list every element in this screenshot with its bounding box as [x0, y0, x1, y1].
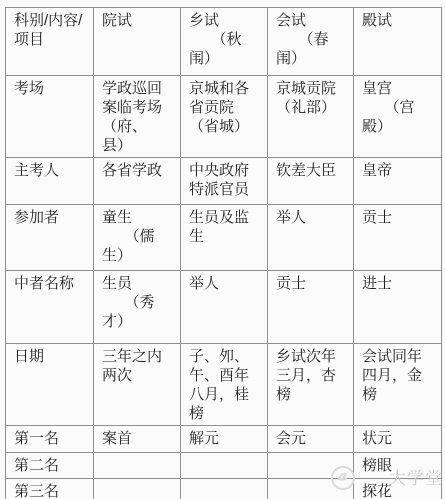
header-cell: 乡试 （秋 闱） [181, 8, 268, 76]
table-row: 主考人各省学政中央政府 特派官员钦差大臣皇帝 [6, 158, 442, 205]
table-cell: 中央政府 特派官员 [181, 158, 268, 205]
row-label: 第一名 [6, 426, 94, 453]
table-cell: 会试同年 四月，金 榜 [354, 344, 442, 426]
table-cell: 学政巡回 案临考场 （府、 县） [94, 76, 181, 158]
table-cell: 生员及监 生 [181, 205, 268, 271]
table-cell: 各省学政 [94, 158, 181, 205]
table-cell [181, 453, 268, 479]
table-cell: 举人 [181, 271, 268, 344]
table-row: 日期三年之内 两次子、夘、 午、酉年 八月，桂 榜乡试次年 三月，杏 榜会试同年… [6, 344, 442, 426]
imperial-exam-table: 科别/内容/ 项目院试乡试 （秋 闱）会试 （春 闱）殿试 考场学政巡回 案临考… [5, 7, 442, 499]
table-row: 第三名探花 [6, 479, 442, 499]
table-cell: 举人 [268, 205, 354, 271]
article-table-page: 科别/内容/ 项目院试乡试 （秋 闱）会试 （春 闱）殿试 考场学政巡回 案临考… [0, 0, 445, 499]
table-cell: 解元 [181, 426, 268, 453]
table-cell [181, 479, 268, 499]
table-cell: 状元 [354, 426, 442, 453]
row-label: 第三名 [6, 479, 94, 499]
row-label: 考场 [6, 76, 94, 158]
table-row: 参加者童生 （儒 生）生员及监 生举人贡士 [6, 205, 442, 271]
row-label: 第二名 [6, 453, 94, 479]
table-cell: 京城和各 省贡院 （省城） [181, 76, 268, 158]
table-cell [94, 453, 181, 479]
table-cell: 会元 [268, 426, 354, 453]
table-cell: 生员 （秀 才） [94, 271, 181, 344]
table-row: 第一名案首解元会元状元 [6, 426, 442, 453]
table-cell: 进士 [354, 271, 442, 344]
table-cell: 童生 （儒 生） [94, 205, 181, 271]
row-label: 日期 [6, 344, 94, 426]
header-cell: 科别/内容/ 项目 [6, 8, 94, 76]
table-row: 考场学政巡回 案临考场 （府、 县）京城和各 省贡院 （省城）京城贡院 （礼部）… [6, 76, 442, 158]
table-cell: 探花 [354, 479, 442, 499]
row-label: 主考人 [6, 158, 94, 205]
header-cell: 院试 [94, 8, 181, 76]
table-cell: 贡士 [354, 205, 442, 271]
table-cell [268, 479, 354, 499]
row-label: 中者名称 [6, 271, 94, 344]
table-row: 中者名称生员 （秀 才）举人贡士进士 [6, 271, 442, 344]
row-label: 参加者 [6, 205, 94, 271]
table-cell: 案首 [94, 426, 181, 453]
table-cell [268, 453, 354, 479]
table-cell: 榜眼 [354, 453, 442, 479]
table-row: 第二名榜眼 [6, 453, 442, 479]
table-cell: 钦差大臣 [268, 158, 354, 205]
table-cell [94, 479, 181, 499]
table-cell: 皇宫 （宫 殿） [354, 76, 442, 158]
table-cell: 贡士 [268, 271, 354, 344]
table-cell: 子、夘、 午、酉年 八月，桂 榜 [181, 344, 268, 426]
header-cell: 殿试 [354, 8, 442, 76]
header-cell: 会试 （春 闱） [268, 8, 354, 76]
header-row: 科别/内容/ 项目院试乡试 （秋 闱）会试 （春 闱）殿试 [6, 8, 442, 76]
table-cell: 京城贡院 （礼部） [268, 76, 354, 158]
table-cell: 三年之内 两次 [94, 344, 181, 426]
table-cell: 乡试次年 三月，杏 榜 [268, 344, 354, 426]
table-cell: 皇帝 [354, 158, 442, 205]
